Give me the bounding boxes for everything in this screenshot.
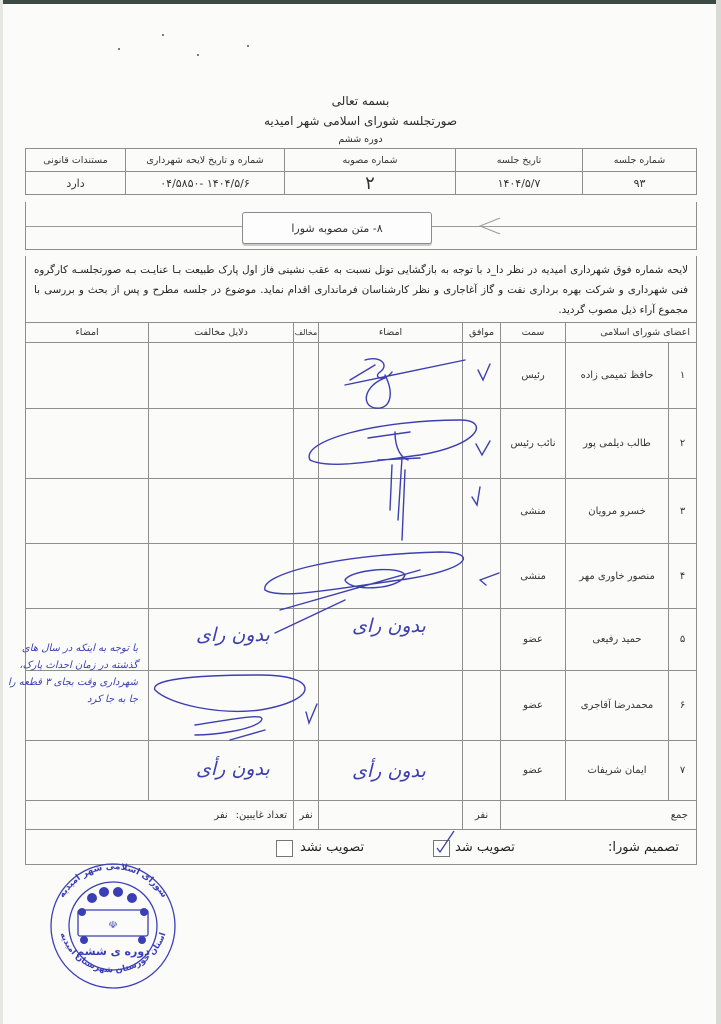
handwritten-no-vote: بدون رأی — [352, 760, 426, 782]
margin-note: با توجه به اینکه در سال های گذشته در زما… — [4, 640, 138, 708]
check-icon — [472, 487, 480, 505]
handwritten-no-vote: بدون رای — [196, 624, 270, 646]
emblem-icon: ☫ — [109, 920, 118, 931]
check-icon — [480, 573, 499, 585]
council-stamp: ☫ شورای اسلامی شهر امیدیه دوره ی ششم است… — [42, 862, 184, 990]
signature — [155, 675, 305, 740]
check-icon — [306, 704, 317, 723]
signature — [309, 420, 476, 540]
check-icon — [476, 441, 490, 455]
stamp-center: دوره ی ششم — [76, 945, 150, 958]
handwritten-no-vote: بدون رای — [352, 615, 426, 637]
svg-text:شورای اسلامی شهر امیدیه: شورای اسلامی شهر امیدیه — [57, 862, 169, 900]
check-icon — [478, 364, 490, 380]
signature — [265, 552, 464, 610]
signature — [345, 359, 465, 409]
handwritten-no-vote: بدون رأی — [196, 758, 270, 780]
